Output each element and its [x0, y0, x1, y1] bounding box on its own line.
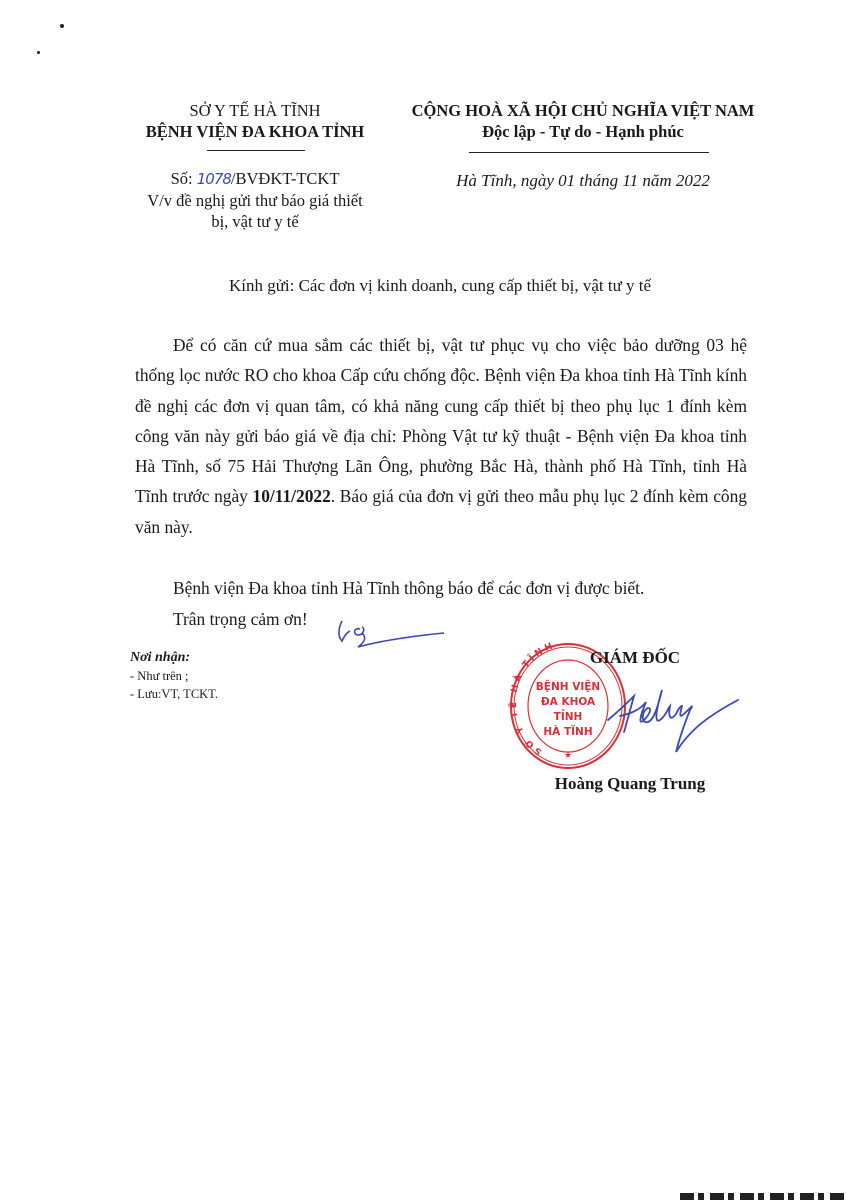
signatory-name: Hoàng Quang Trung [520, 774, 740, 794]
number-suffix: /BVĐKT-TCKT [231, 169, 339, 188]
document-number: Số: 1078/BVĐKT-TCKT [130, 168, 380, 190]
recipient-item: - Lưu:VT, TCKT. [130, 687, 218, 702]
signatory-title: GIÁM ĐỐC [545, 648, 725, 668]
handwritten-number: 1078 [197, 170, 231, 188]
department-name: SỞ Y TẾ HÀ TĨNH [130, 100, 380, 121]
organization-name: BỆNH VIỆN ĐA KHOA TỈNH [130, 121, 380, 142]
scan-edge-artifact [680, 1193, 846, 1200]
document-date: Hà Tĩnh, ngày 01 tháng 11 năm 2022 [383, 171, 783, 191]
header-right: CỘNG HOÀ XÃ HỘI CHỦ NGHĨA VIỆT NAM Độc l… [383, 100, 783, 142]
recipient-item: - Như trên ; [130, 669, 189, 684]
paragraph-text: Để có căn cứ mua sắm các thiết bị, vật t… [135, 335, 747, 506]
initial-signature-icon [332, 615, 452, 651]
svg-text:TỈNH: TỈNH [554, 709, 583, 723]
svg-text:BỆNH VIỆN: BỆNH VIỆN [536, 680, 600, 693]
salutation: Kính gửi: Các đơn vị kinh doanh, cung cấ… [130, 276, 750, 296]
number-prefix: Số: [171, 169, 193, 188]
header-right-rule [469, 152, 709, 153]
scan-speck [60, 24, 64, 28]
deadline-date: 10/11/2022 [253, 486, 331, 506]
recipients-title: Nơi nhận: [130, 650, 190, 666]
svg-text:★: ★ [564, 750, 572, 760]
nation-title: CỘNG HOÀ XÃ HỘI CHỦ NGHĨA VIỆT NAM [383, 100, 783, 121]
header-left-rule [207, 150, 305, 151]
body-paragraph-2: Bệnh viện Đa khoa tỉnh Hà Tĩnh thông báo… [135, 573, 747, 603]
subject-line-2: bị, vật tư y tế [130, 211, 380, 232]
national-motto: Độc lập - Tự do - Hạnh phúc [383, 121, 783, 142]
scan-speck [37, 51, 40, 54]
body-paragraph-1: Để có căn cứ mua sắm các thiết bị, vật t… [135, 330, 747, 542]
director-signature-icon [600, 680, 740, 760]
svg-text:HÀ TĨNH: HÀ TĨNH [543, 725, 592, 738]
header-left: SỞ Y TẾ HÀ TĨNH BỆNH VIỆN ĐA KHOA TỈNH [130, 100, 380, 142]
svg-text:ĐA KHOA: ĐA KHOA [541, 696, 596, 708]
document-number-block: Số: 1078/BVĐKT-TCKT V/v đề nghị gửi thư … [130, 168, 380, 232]
subject-line-1: V/v đề nghị gửi thư báo giá thiết [130, 190, 380, 211]
